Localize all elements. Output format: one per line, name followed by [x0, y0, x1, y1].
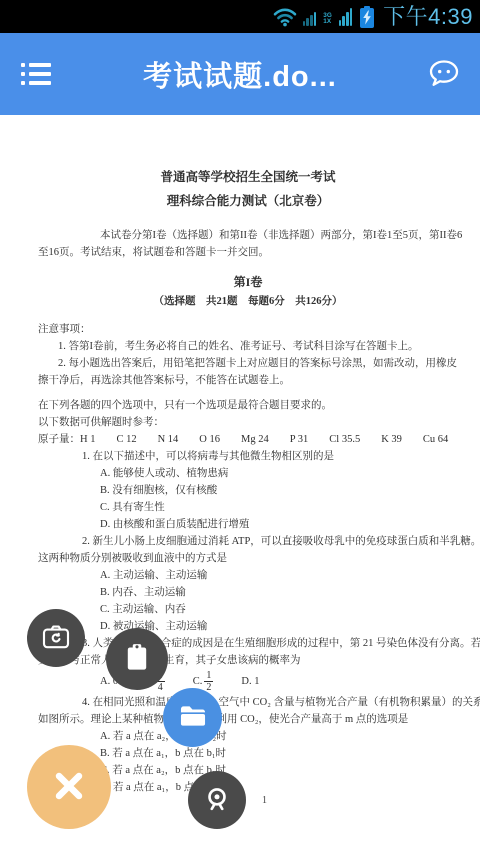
exam-subtitle: 理科综合能力测试（北京卷） — [38, 189, 458, 213]
signal-bars-right-icon — [339, 8, 352, 26]
fraction: 1 2 — [204, 670, 213, 693]
network-type-label: 3G 1X — [323, 8, 332, 26]
notes-heading: 注意事项： — [38, 321, 458, 338]
question-3-stem: 3. 人类 21 三体综合症的成因是在生殖细胞形成的过程中，第 21 号染色体没… — [38, 635, 458, 652]
question-1-option-a: A. 能够使人或动、植物患病 — [38, 465, 458, 482]
close-icon — [46, 763, 92, 812]
note-item: 擦干净后，再选涂其他答案标号，不能答在试题卷上。 — [38, 372, 458, 389]
section-heading: 第I卷 — [38, 273, 458, 292]
status-bar: 3G 1X 下午4:39 — [0, 0, 480, 33]
contact-button[interactable] — [188, 771, 246, 829]
document-title: 考试试题.do... — [72, 54, 408, 95]
question-3-option-d: D. 1 — [241, 673, 259, 690]
camera-button[interactable] — [27, 609, 85, 667]
question-1-option-d: D. 由核酸和蛋白质装配进行增殖 — [38, 516, 458, 533]
wifi-icon — [273, 7, 297, 27]
question-2-option-a: A. 主动运输、主动运输 — [38, 567, 458, 584]
app-screen: 3G 1X 下午4:39 考试试题.do.. — [0, 0, 480, 854]
list-menu-icon — [21, 63, 51, 85]
question-2-option-b: B. 内吞、主动运输 — [38, 584, 458, 601]
question-2-option-c: C. 主动运输、内吞 — [38, 601, 458, 618]
chat-bubble-icon — [424, 53, 464, 96]
intro-text: 至16页。考试结束，将试题卷和答题卡一并交回。 — [38, 244, 458, 261]
question-4-stem: 4. 在相同光照和温度条件下，空气中 CO₂ 含量与植物光合产量（有机物积累量）… — [38, 694, 458, 711]
note-item: 2. 每小题选出答案后，用铅笔把答题卡上对应题目的答案标号涂黑，如需改动，用橡皮 — [38, 355, 458, 372]
note-item: 1. 答第I卷前，考生务必将自己的姓名、准考证号、考试科目涂写在答题卡上。 — [38, 338, 458, 355]
menu-button[interactable] — [0, 33, 72, 115]
folder-icon — [176, 699, 210, 736]
question-1-stem: 1. 在以下描述中，可以将病毒与其他微生物相区别的是 — [38, 448, 458, 465]
clipboard-icon — [120, 641, 154, 678]
clock-time: 下午4:39 — [383, 6, 473, 28]
question-4-option-a: A. 若 a 点在 a₂，b 点在 b₂时 — [38, 728, 458, 745]
question-2-stem: 这两种物质分别被吸收到血液中的方式是 — [38, 550, 458, 567]
atomic-mass-reference: 原子量：H 1 C 12 N 14 O 16 Mg 24 P 31 Cl 35.… — [38, 431, 458, 448]
battery-charging-icon — [360, 6, 374, 28]
close-button[interactable] — [27, 745, 111, 829]
section-subheading: （选择题 共21题 每题6分 共126分） — [38, 292, 458, 311]
app-header: 考试试题.do... — [0, 33, 480, 115]
exam-title: 普通高等学校招生全国统一考试 — [38, 165, 458, 189]
camera-icon — [40, 621, 72, 656]
question-4-stem: 如图所示。理论上某种植物能更有效地利用 CO₂，使光合产量高于 m 点的选项是 — [38, 711, 458, 728]
question-3-options: A. 0 B. 1 4 C. 1 2 D. 1 — [38, 669, 458, 694]
folder-button[interactable] — [163, 688, 222, 747]
document-page[interactable]: 普通高等学校招生全国统一考试 理科综合能力测试（北京卷） 本试卷分第I卷（选择题… — [0, 115, 480, 854]
person-icon — [201, 783, 233, 818]
paste-button[interactable] — [106, 628, 168, 690]
signal-bars-left-icon — [303, 8, 316, 26]
question-2-stem: 2. 新生儿小肠上皮细胞通过消耗 ATP，可以直接吸收母乳中的免疫球蛋白质和半乳… — [38, 533, 458, 550]
question-2-option-d: D. 被动运输、主动运输 — [38, 618, 458, 635]
guide-text: 在下列各题的四个选项中，只有一个选项是最符合题目要求的。 — [38, 397, 458, 414]
page-number: 1 — [262, 795, 267, 806]
intro-text: 本试卷分第I卷（选择题）和第II卷（非选择题）两部分，第I卷1至5页，第II卷6 — [38, 227, 458, 244]
question-1-option-c: C. 具有寄生性 — [38, 499, 458, 516]
guide-text: 以下数据可供解题时参考： — [38, 414, 458, 431]
feedback-button[interactable] — [408, 33, 480, 115]
question-1-option-b: B. 没有细胞核，仅有核酸 — [38, 482, 458, 499]
question-3-stem: 女患者与正常人结婚后可以生育，其子女患该病的概率为 — [38, 652, 458, 669]
